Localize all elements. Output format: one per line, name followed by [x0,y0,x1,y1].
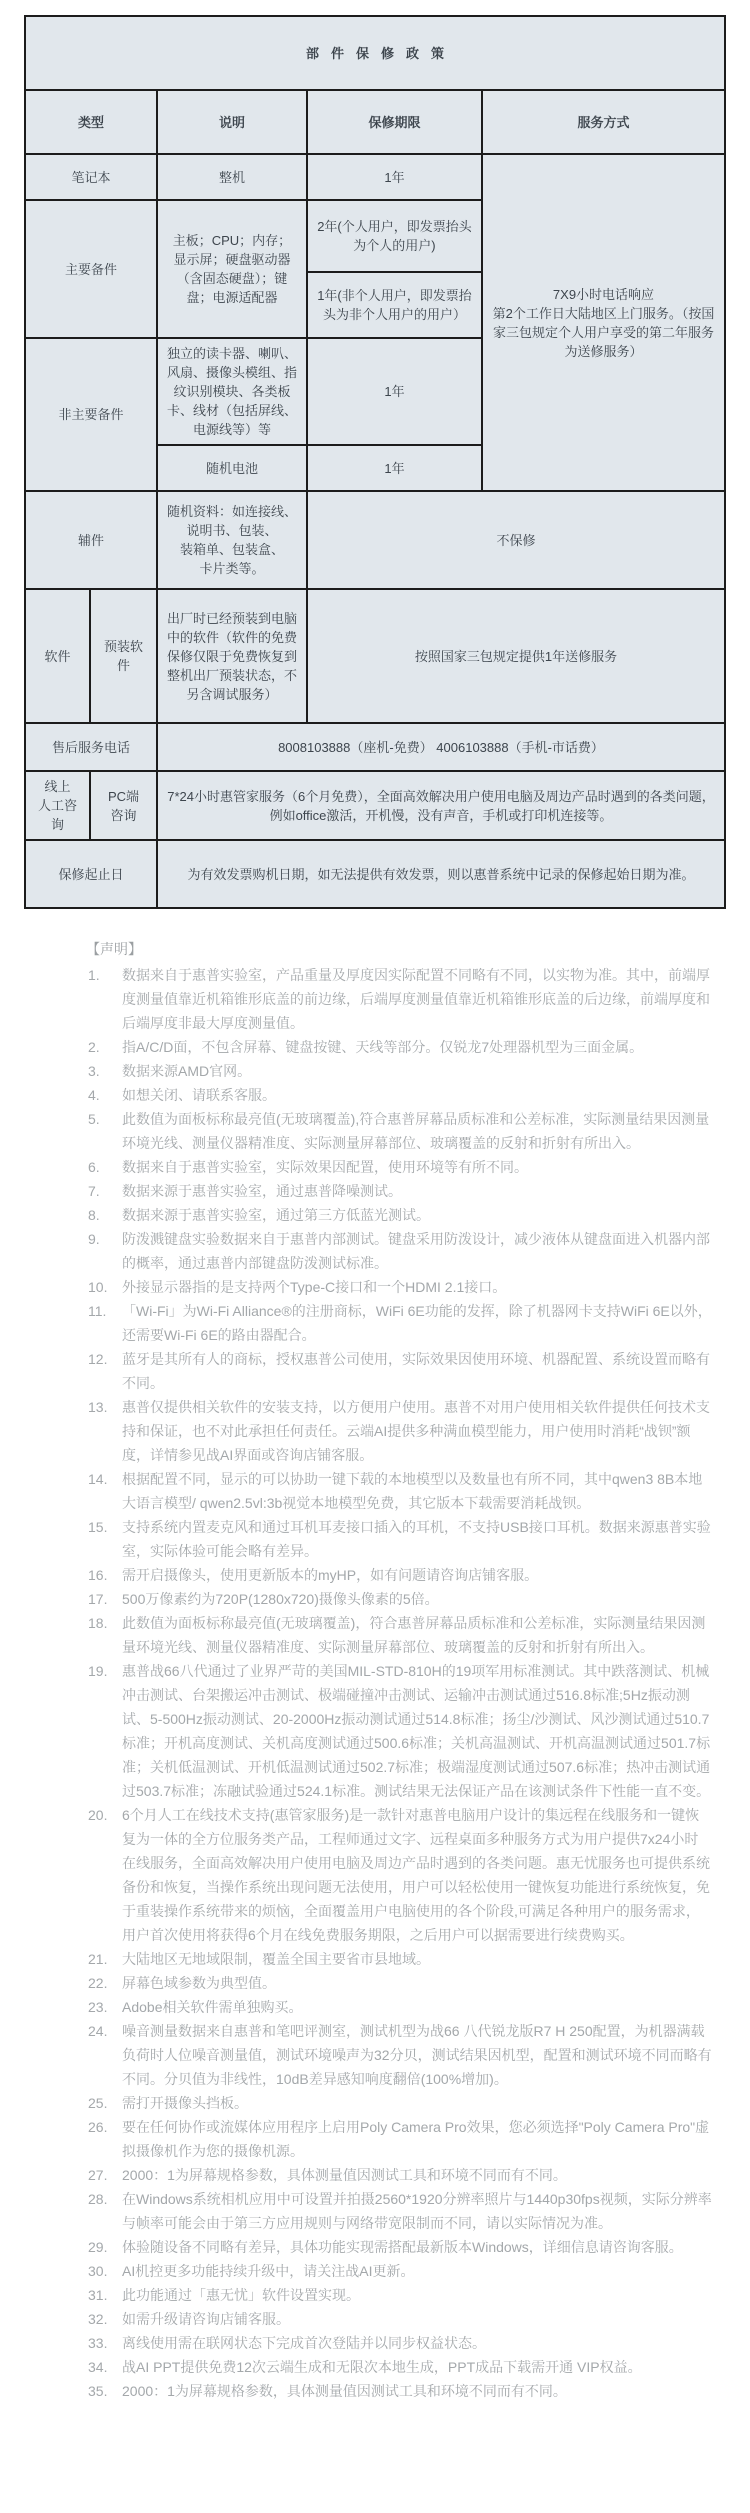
disclaimer-item: 22. 屏幕色域参数为典型值。 [88,1971,712,1995]
disclaimer-item: 23. Adobe相关软件需单独购买。 [88,1995,712,2019]
disclaimer-item-number: 22. [88,1971,107,1995]
disclaimer-item-text: 此数值为面板标称最亮值(无玻璃覆盖)，符合惠普屏幕品质标准和公差标准，实际测量结… [122,1615,705,1655]
disclaimer-item: 25. 需打开摄像头挡板。 [88,2091,712,2115]
cell-type-main-parts: 主要备件 [25,200,157,338]
disclaimer-item-text: 屏幕色域参数为典型值。 [122,1975,276,1991]
disclaimer-item: 15. 支持系统内置麦克风和通过耳机耳麦接口插入的耳机，不支持USB接口耳机。数… [88,1515,712,1563]
cell-online-consult-label: 线上 人工咨询 [25,771,90,840]
disclaimer-item-number: 24. [88,2019,107,2043]
disclaimer-item-text: 2000：1为屏幕规格参数，具体测量值因测试工具和环境不同而有不同。 [122,2383,567,2399]
disclaimer-item-text: 500万像素约为720P(1280x720)摄像头像素的5倍。 [122,1591,439,1607]
disclaimer-section: 【声明】 1. 数据来自于惠普实验室，产品重量及厚度因实际配置不同略有不同，以实… [88,937,712,2403]
disclaimer-item: 30. AI机控更多功能持续升级中，请关注战AI更新。 [88,2259,712,2283]
disclaimer-item-number: 16. [88,1563,107,1587]
cell-service-software: 按照国家三包规定提供1年送修服务 [307,589,725,723]
col-header-type: 类型 [25,90,157,154]
disclaimer-item-number: 25. [88,2091,107,2115]
disclaimer-item-number: 18. [88,1611,107,1635]
disclaimer-item-number: 3. [88,1059,100,1083]
disclaimer-item-number: 14. [88,1467,107,1491]
cell-desc-accessories: 随机资料：如连接线、说明书、包装、 装箱单、包装盒、 卡片类等。 [157,491,307,589]
disclaimer-item-text: 大陆地区无地域限制，覆盖全国主要省市县地域。 [122,1951,430,1967]
cell-hotline-label: 售后服务电话 [25,723,157,771]
disclaimer-item-text: 数据来自于惠普实验室，产品重量及厚度因实际配置不同略有不同，以实物为准。其中，前… [122,967,710,1031]
disclaimer-item: 28. 在Windows系统相机应用中可设置并拍摄2560*1920分辨率照片与… [88,2187,712,2235]
cell-hotline-numbers: 8008103888（座机-免费） 4006103888（手机-市话费） [157,723,725,771]
disclaimer-item-number: 2. [88,1035,100,1059]
cell-period-battery: 1年 [307,445,482,491]
cell-period-notebook: 1年 [307,154,482,200]
disclaimer-item-text: 6个月人工在线技术支持(惠管家服务)是一款针对惠普电脑用户设计的集远程在线服务和… [122,1807,710,1943]
disclaimer-item-number: 32. [88,2307,107,2331]
cell-desc-non-main-parts: 独立的读卡器、喇叭、风扇、摄像头模组、指纹识别模块、各类板卡、线材（包括屏线、电… [157,338,307,445]
disclaimer-item: 3. 数据来源AMD官网。 [88,1059,712,1083]
disclaimer-item: 13. 惠普仅提供相关软件的安装支持，以方便用户使用。惠普不对用户使用相关软件提… [88,1395,712,1467]
disclaimer-item-text: 蓝牙是其所有人的商标，授权惠普公司使用，实际效果因使用环境、机器配置、系统设置而… [122,1351,710,1391]
cell-desc-whole-machine: 整机 [157,154,307,200]
warranty-policy-section: 部件保修政策 类型 说明 保修期限 服务方式 笔记本 整机 1年 7X9小时电话… [0,15,750,2513]
disclaimer-item-number: 12. [88,1347,107,1371]
disclaimer-item: 24. 噪音测量数据来自惠普和笔吧评测室，测试机型为战66 八代锐龙版R7 H … [88,2019,712,2091]
disclaimer-item-number: 1. [88,963,100,987]
disclaimer-item: 35. 2000：1为屏幕规格参数，具体测量值因测试工具和环境不同而有不同。 [88,2379,712,2403]
disclaimer-item-number: 28. [88,2187,107,2211]
disclaimer-item-number: 26. [88,2115,107,2139]
disclaimer-item: 7. 数据来源于惠普实验室，通过惠普降噪测试。 [88,1179,712,1203]
cell-type-notebook: 笔记本 [25,154,157,200]
col-header-description: 说明 [157,90,307,154]
disclaimer-list: 1. 数据来自于惠普实验室，产品重量及厚度因实际配置不同略有不同，以实物为准。其… [88,963,712,2403]
disclaimer-item: 6. 数据来自于惠普实验室，实际效果因配置，使用环境等有所不同。 [88,1155,712,1179]
disclaimer-item-number: 8. [88,1203,100,1227]
disclaimer-title: 【声明】 [86,937,712,961]
disclaimer-item-text: Adobe相关软件需单独购买。 [122,1999,302,2015]
disclaimer-item-text: 此功能通过「惠无忧」软件设置实现。 [122,2287,360,2303]
disclaimer-item-text: 体验随设备不同略有差异，具体功能实现需搭配最新版本Windows，详细信息请咨询… [122,2239,683,2255]
cell-period-non-main: 1年 [307,338,482,445]
cell-desc-battery: 随机电池 [157,445,307,491]
disclaimer-item-number: 29. [88,2235,107,2259]
disclaimer-item: 8. 数据来源于惠普实验室，通过第三方低蓝光测试。 [88,1203,712,1227]
disclaimer-item: 9. 防泼溅键盘实验数据来自于惠普内部测试。键盘采用防泼设计，减少液体从键盘面进… [88,1227,712,1275]
disclaimer-item-text: 惠普战66八代通过了业界严苛的美国MIL-STD-810H的19项军用标准测试。… [122,1663,710,1799]
disclaimer-item-text: 需开启摄像头，使用更新版本的myHP，如有问题请咨询店铺客服。 [122,1567,538,1583]
disclaimer-item-number: 13. [88,1395,107,1419]
disclaimer-item-number: 21. [88,1947,107,1971]
disclaimer-item-text: 如需升级请咨询店铺客服。 [122,2311,290,2327]
disclaimer-item: 33. 离线使用需在联网状态下完成首次登陆并以同步权益状态。 [88,2331,712,2355]
cell-online-consult-desc: 7*24小时惠管家服务（6个月免费），全面高效解决用户使用电脑及周边产品时遇到的… [157,771,725,840]
disclaimer-item-text: 此数值为面板标称最亮值(无玻璃覆盖),符合惠普屏幕品质标准和公差标准，实际测量结… [122,1111,709,1151]
disclaimer-item-number: 19. [88,1659,107,1683]
disclaimer-item-text: 要在任何协作或流媒体应用程序上启用Poly Camera Pro效果，您必须选择… [122,2119,709,2159]
disclaimer-item: 11. 「Wi-Fi」为Wi-Fi Alliance®的注册商标，WiFi 6E… [88,1299,712,1347]
disclaimer-item-text: 需打开摄像头挡板。 [122,2095,248,2111]
disclaimer-item: 29. 体验随设备不同略有差异，具体功能实现需搭配最新版本Windows，详细信… [88,2235,712,2259]
bottom-whitespace [0,2403,750,2513]
disclaimer-item-text: 噪音测量数据来自惠普和笔吧评测室，测试机型为战66 八代锐龙版R7 H 250配… [122,2023,712,2087]
disclaimer-item: 32. 如需升级请咨询店铺客服。 [88,2307,712,2331]
disclaimer-item-number: 11. [88,1299,106,1323]
col-header-period: 保修期限 [307,90,482,154]
disclaimer-item-number: 23. [88,1995,107,2019]
disclaimer-item: 17. 500万像素约为720P(1280x720)摄像头像素的5倍。 [88,1587,712,1611]
disclaimer-item-number: 5. [88,1107,100,1131]
cell-desc-main-parts: 主板；CPU；内存；显示屏；硬盘驱动器（含固态硬盘）；键盘；电源适配器 [157,200,307,338]
disclaimer-item-number: 4. [88,1083,100,1107]
disclaimer-item-text: 数据来源AMD官网。 [122,1063,251,1079]
cell-no-warranty: 不保修 [307,491,725,589]
table-title: 部件保修政策 [25,16,725,90]
disclaimer-item-text: 数据来自于惠普实验室，实际效果因配置，使用环境等有所不同。 [122,1159,528,1175]
disclaimer-item: 26. 要在任何协作或流媒体应用程序上启用Poly Camera Pro效果，您… [88,2115,712,2163]
cell-type-accessories: 辅件 [25,491,157,589]
disclaimer-item: 18. 此数值为面板标称最亮值(无玻璃覆盖)，符合惠普屏幕品质标准和公差标准，实… [88,1611,712,1659]
disclaimer-item-number: 6. [88,1155,100,1179]
disclaimer-item-number: 35. [88,2379,107,2403]
cell-type-software: 软件 [25,589,90,723]
disclaimer-item-number: 30. [88,2259,107,2283]
disclaimer-item-number: 34. [88,2355,107,2379]
disclaimer-item: 2. 指A/C/D面，不包含屏幕、键盘按键、天线等部分。仅锐龙7处理器机型为三面… [88,1035,712,1059]
disclaimer-item-text: 在Windows系统相机应用中可设置并拍摄2560*1920分辨率照片与1440… [122,2191,712,2231]
disclaimer-item-number: 27. [88,2163,107,2187]
warranty-table: 部件保修政策 类型 说明 保修期限 服务方式 笔记本 整机 1年 7X9小时电话… [24,15,726,909]
cell-type-preinstalled: 预装软件 [90,589,157,723]
disclaimer-item-number: 7. [88,1179,100,1203]
cell-warranty-start-desc: 为有效发票购机日期，如无法提供有效发票，则以惠普系统中记录的保修起始日期为准。 [157,840,725,908]
disclaimer-item: 21. 大陆地区无地域限制，覆盖全国主要省市县地域。 [88,1947,712,1971]
disclaimer-item-text: 支持系统内置麦克风和通过耳机耳麦接口插入的耳机，不支持USB接口耳机。数据来源惠… [122,1519,711,1559]
disclaimer-item-text: 离线使用需在联网状态下完成首次登陆并以同步权益状态。 [122,2335,486,2351]
disclaimer-item: 34. 战AI PPT提供免费12次云端生成和无限次本地生成，PPT成品下载需开… [88,2355,712,2379]
disclaimer-item-number: 20. [88,1803,107,1827]
disclaimer-item-number: 31. [88,2283,107,2307]
cell-pc-consult-label: PC端 咨询 [90,771,157,840]
disclaimer-item-text: 数据来源于惠普实验室，通过第三方低蓝光测试。 [122,1207,430,1223]
cell-type-non-main-parts: 非主要备件 [25,338,157,491]
disclaimer-item: 31. 此功能通过「惠无忧」软件设置实现。 [88,2283,712,2307]
disclaimer-item-text: AI机控更多功能持续升级中，请关注战AI更新。 [122,2263,414,2279]
cell-period-nonpersonal: 1年(非个人用户，即发票抬头为非个人用户的用户） [307,272,482,338]
disclaimer-item-number: 9. [88,1227,100,1251]
disclaimer-item: 20. 6个月人工在线技术支持(惠管家服务)是一款针对惠普电脑用户设计的集远程在… [88,1803,712,1947]
disclaimer-item: 5. 此数值为面板标称最亮值(无玻璃覆盖),符合惠普屏幕品质标准和公差标准，实际… [88,1107,712,1155]
disclaimer-item: 4. 如想关闭、请联系客服。 [88,1083,712,1107]
col-header-service: 服务方式 [482,90,725,154]
disclaimer-item: 14. 根据配置不同，显示的可以协助一键下载的本地模型以及数量也有所不同，其中q… [88,1467,712,1515]
disclaimer-item-number: 17. [88,1587,107,1611]
disclaimer-item-text: 惠普仅提供相关软件的安装支持，以方便用户使用。惠普不对用户使用相关软件提供任何技… [122,1399,710,1463]
cell-period-personal: 2年(个人用户，即发票抬头为个人的用户) [307,200,482,272]
disclaimer-item: 10. 外接显示器指的是支持两个Type-C接口和一个HDMI 2.1接口。 [88,1275,712,1299]
disclaimer-item-number: 33. [88,2331,107,2355]
cell-desc-software: 出厂时已经预装到电脑中的软件（软件的免费保修仅限于免费恢复到整机出厂预装状态，不… [157,589,307,723]
disclaimer-item: 16. 需开启摄像头，使用更新版本的myHP，如有问题请咨询店铺客服。 [88,1563,712,1587]
disclaimer-item-number: 10. [88,1275,107,1299]
disclaimer-item-number: 15. [88,1515,107,1539]
disclaimer-item: 1. 数据来自于惠普实验室，产品重量及厚度因实际配置不同略有不同，以实物为准。其… [88,963,712,1035]
disclaimer-item-text: 根据配置不同，显示的可以协助一键下载的本地模型以及数量也有所不同，其中qwen3… [122,1471,702,1511]
disclaimer-item-text: 防泼溅键盘实验数据来自于惠普内部测试。键盘采用防泼设计，减少液体从键盘面进入机器… [122,1231,710,1271]
disclaimer-item: 27. 2000：1为屏幕规格参数，具体测量值因测试工具和环境不同而有不同。 [88,2163,712,2187]
cell-service-onsite: 7X9小时电话响应 第2个工作日大陆地区上门服务。（按国家三包规定个人用户享受的… [482,154,725,491]
disclaimer-item-text: 如想关闭、请联系客服。 [122,1087,276,1103]
cell-warranty-start-label: 保修起止日 [25,840,157,908]
disclaimer-item-text: 指A/C/D面，不包含屏幕、键盘按键、天线等部分。仅锐龙7处理器机型为三面金属。 [122,1039,643,1055]
disclaimer-item-text: 「Wi-Fi」为Wi-Fi Alliance®的注册商标，WiFi 6E功能的发… [122,1303,712,1343]
disclaimer-item-text: 战AI PPT提供免费12次云端生成和无限次本地生成，PPT成品下载需开通 VI… [122,2359,642,2375]
disclaimer-item: 12. 蓝牙是其所有人的商标，授权惠普公司使用，实际效果因使用环境、机器配置、系… [88,1347,712,1395]
disclaimer-item-text: 2000：1为屏幕规格参数，具体测量值因测试工具和环境不同而有不同。 [122,2167,567,2183]
disclaimer-item-text: 数据来源于惠普实验室，通过惠普降噪测试。 [122,1183,402,1199]
disclaimer-item: 19. 惠普战66八代通过了业界严苛的美国MIL-STD-810H的19项军用标… [88,1659,712,1803]
disclaimer-item-text: 外接显示器指的是支持两个Type-C接口和一个HDMI 2.1接口。 [122,1279,506,1295]
